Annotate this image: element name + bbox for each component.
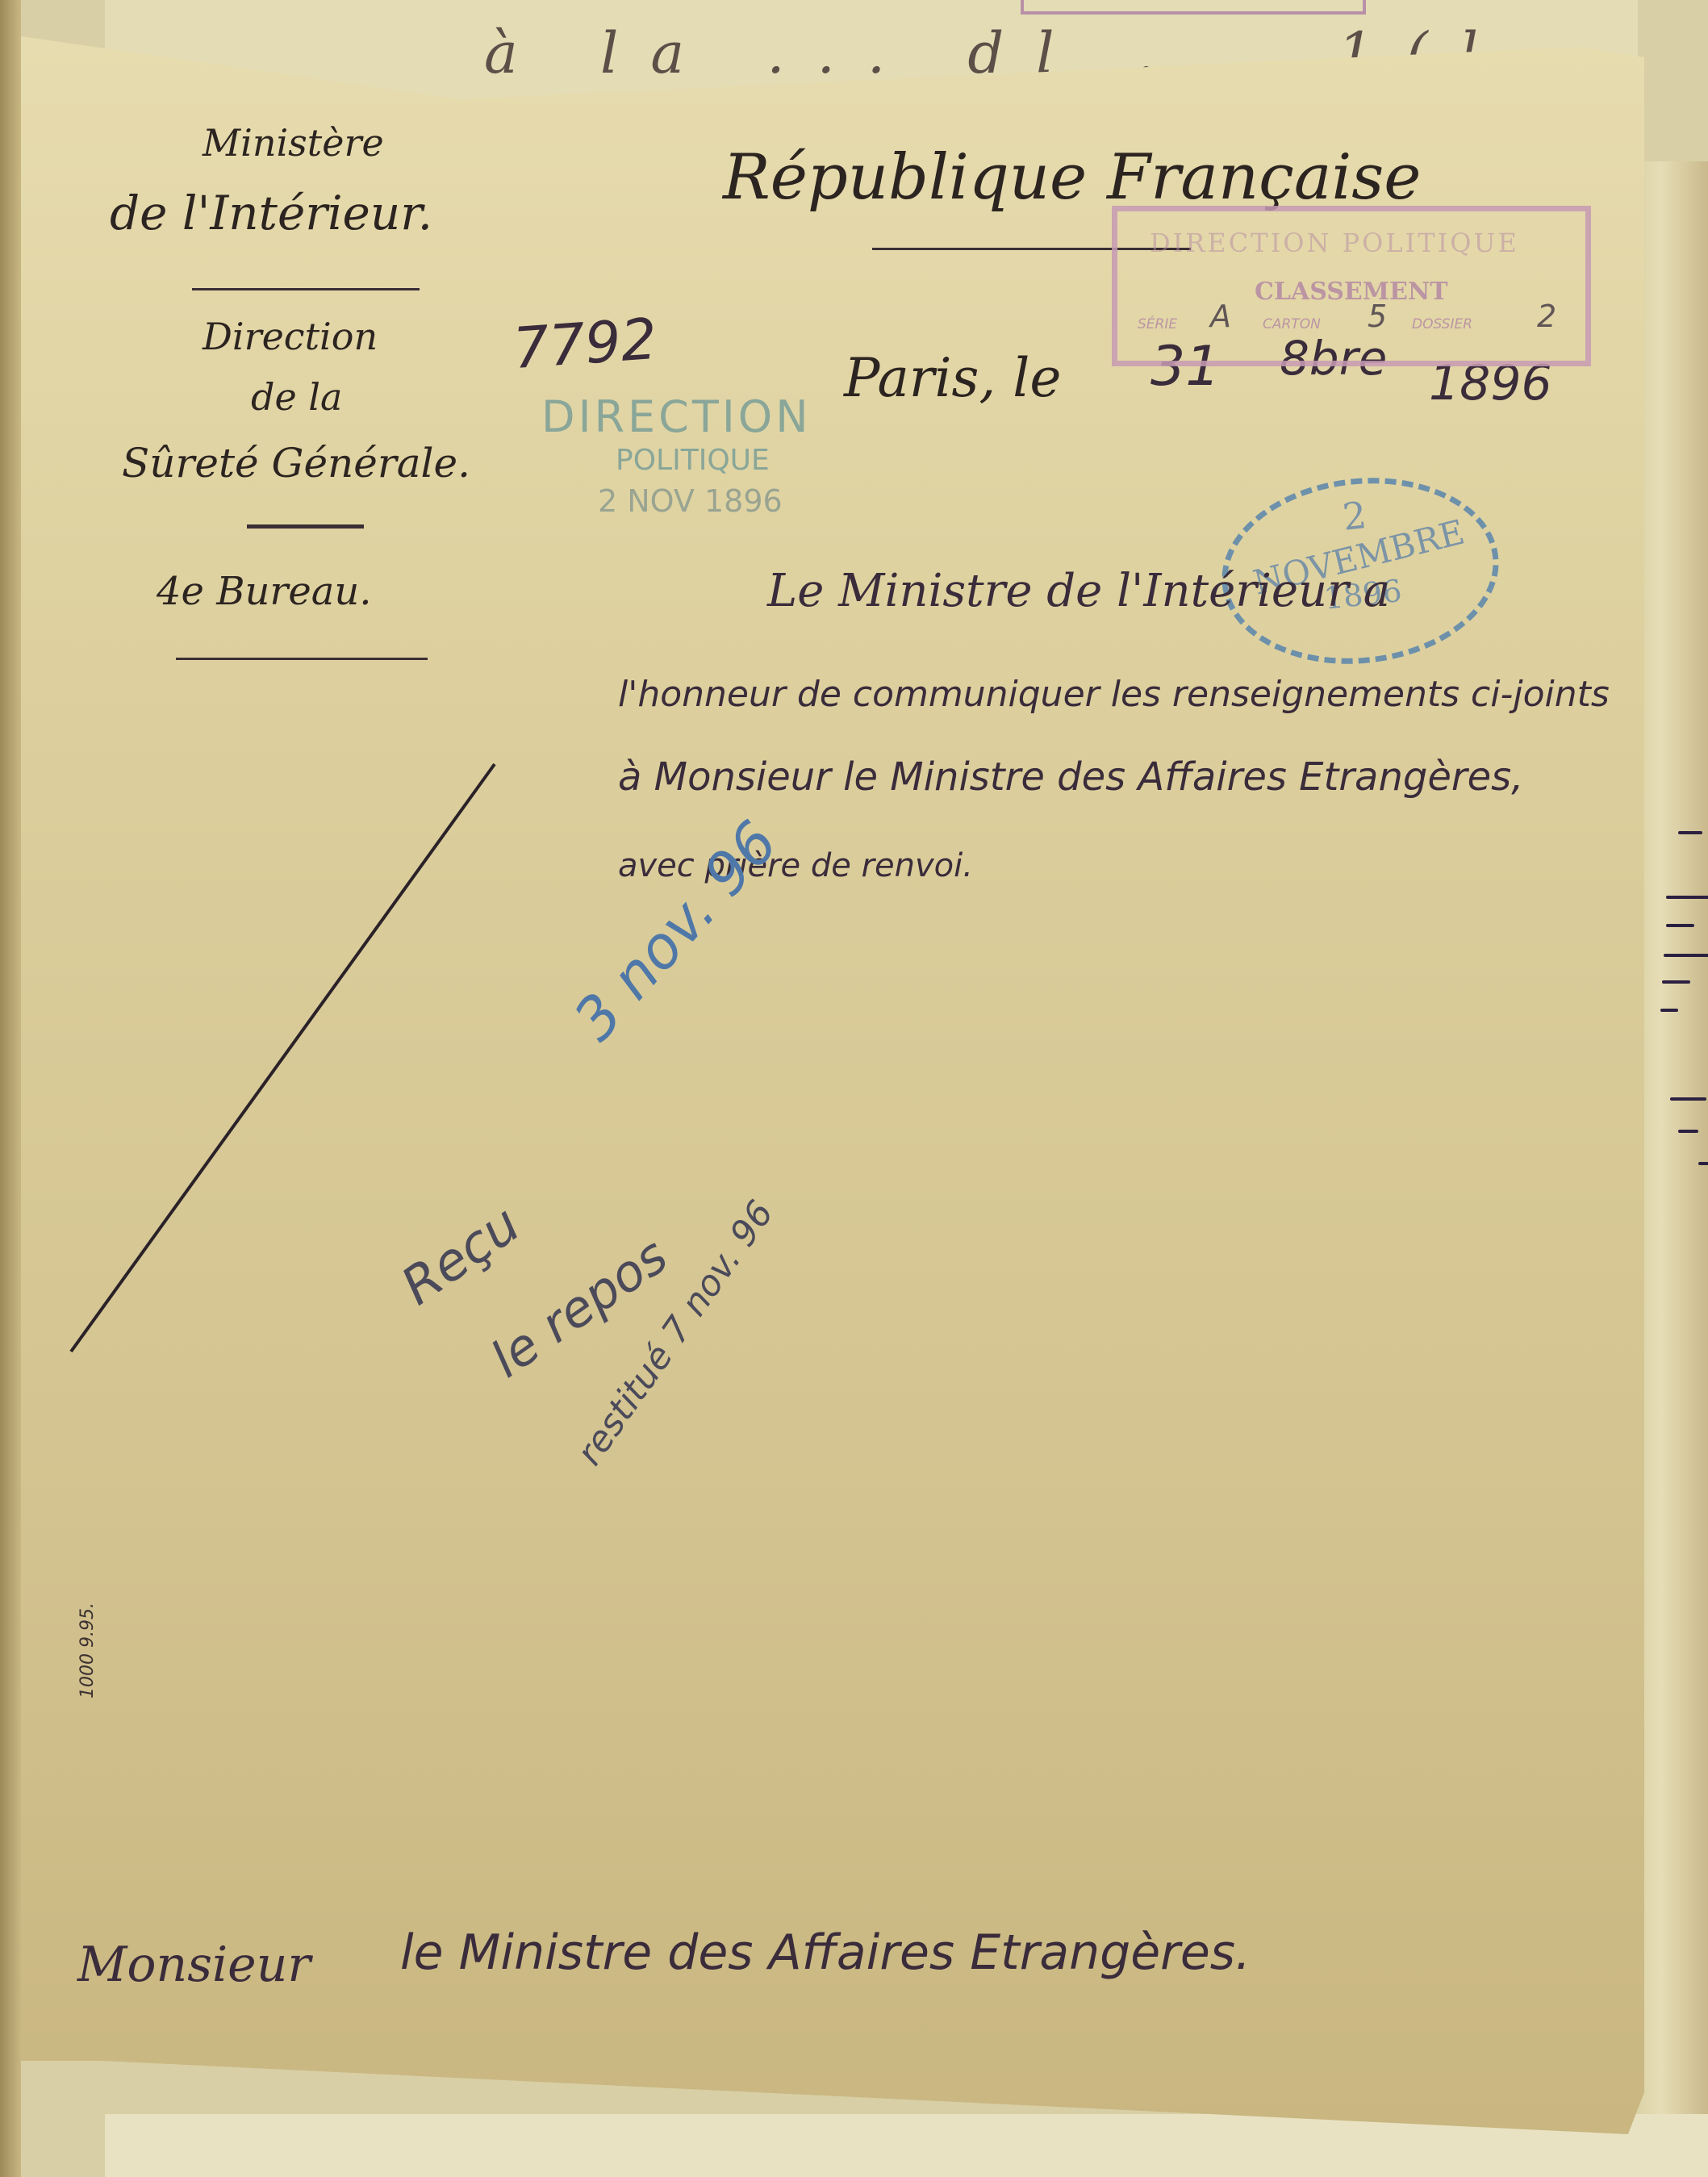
addressee-salutation: Monsieur bbox=[77, 1937, 311, 1993]
background-left-strip bbox=[0, 0, 21, 2177]
addressee-recipient: le Ministre des Affaires Etrangères. bbox=[400, 1924, 1251, 1981]
underlying-stamp-edge bbox=[1021, 0, 1366, 15]
printer-mark: 1000 9.95. bbox=[77, 1602, 98, 1699]
letter-document: Ministère de l'Intérieur. Direction de l… bbox=[21, 36, 1644, 2134]
diagonal-strike-line bbox=[21, 36, 1644, 2134]
